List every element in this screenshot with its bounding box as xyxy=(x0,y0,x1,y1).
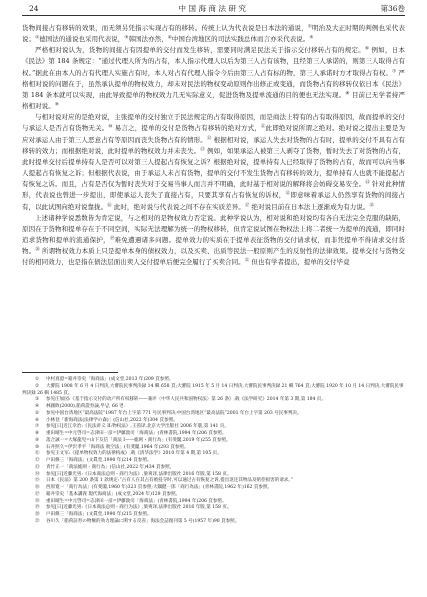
header-rule xyxy=(22,15,405,16)
body-paragraph: 与相对说对应的是绝对说，主张提单的交付独立于民法规定的占有取得原因，而是商法上特… xyxy=(22,112,405,212)
footnote-number: ⑳ xyxy=(35,512,46,519)
footnote-text: 参见[日]近江幸治:《民法讲义 II:物权法》,王茵译,北京大学出版社 2006… xyxy=(46,424,229,429)
footnote-text: 戸田修三「海商法」(文眞堂,1990 年)215 頁参照。 xyxy=(46,512,151,517)
footnote-number: ⑲ xyxy=(35,505,46,512)
footnote-item: ⑲参见[日]近藤光男:《日本商法总则・商行为法》,梁爽译,法律出版社 2016 … xyxy=(22,505,405,512)
body-text: 货物间接占有移转的效果，而无须另凭指示实现占有的移转。传统上认为代表说是日本法的… xyxy=(22,23,405,268)
footnote-number: ㉑ xyxy=(35,519,46,526)
body-text-run: 易言之，提单的交付是货物占有移转的绝对方式， xyxy=(113,124,261,132)
footnote-number: ④ xyxy=(35,404,46,411)
footnote-separator xyxy=(22,372,118,373)
footnote-item: ②大審院 1908 年 6 月 4 日判決,大審院民事判決録 14 輯 658 … xyxy=(22,384,405,398)
body-paragraph: 货物间接占有移转的效果，而无须另凭指示实现占有的移转。传统上认为代表说是日本法的… xyxy=(22,23,405,45)
footnote-text: 谷川久「船荷証券の物権的効力理論に関する反省」海法会誌復刊第 5 号(1957 … xyxy=(46,519,239,524)
footnote-number: ⑦ xyxy=(35,424,46,431)
footnote-item: ㉑谷川久「船荷証券の物権的効力理論に関する反省」海法会誌復刊第 5 号(1957… xyxy=(22,519,405,526)
footnote-text: 参见中国台湾地区“最高法院”1987 年台上字第 771 号民事判决;中国台湾地… xyxy=(46,411,302,416)
footnote-item: ⑯西原寛一「商行為法」(有斐閣,1960 年)323 頁参照;大隅健一郎「商行為… xyxy=(22,485,405,492)
footnote-item: ⑨落合誠一=大塚龍児=山下友信「商法 I——総則・商行為」(有斐閣,2019 年… xyxy=(22,438,405,445)
body-text-run: 绝对说目前在日本法上逐渐成为有力说。 xyxy=(249,203,369,211)
footnote-item: ⑬青竹正一「商法総則・商行為」(信山社,2022 年)434 頁参照。 xyxy=(22,465,405,472)
footnote-number: ⑯ xyxy=(35,485,46,492)
footnote-text: 林國敗(2000),船荷證券論,무남, 66 면. xyxy=(46,404,125,409)
footnote-item: ⑳戸田修三「海商法」(文眞堂,1990 年)215 頁参照。 xyxy=(22,512,405,519)
footnote-marker[interactable]: ⑤ xyxy=(309,36,313,41)
footnote-text: 参见王文军:《提单物权效力的法律构成》,载《清华法学》2010 年第 4 期,第… xyxy=(46,451,222,456)
body-text-run: 此时，绝对说与代表说之间不存在实质差异。 xyxy=(112,203,245,211)
footnote-number: ⑰ xyxy=(35,492,46,499)
footnote-number: ⑧ xyxy=(35,431,46,438)
footnote-text: 戸田修三「海商法」(文眞堂,1990 年)214 頁参照。 xyxy=(46,458,151,463)
footnote-text: 落合誠一=大塚龍児=山下友信「商法 I——総則・商行為」(有斐閣,2019 年)… xyxy=(46,438,231,443)
footnote-text: 大審院 1908 年 6 月 4 日判決,大審院民事判決録 14 輯 658 頁… xyxy=(22,384,403,396)
footnote-text: 日本《民法》第 200 条第 1 款规定:“占有人在其占有被侵夺时,可以通过占有… xyxy=(46,478,293,483)
footnote-number: ⑬ xyxy=(35,465,46,472)
footnote-text: 重田晴生=中元啓司=志津田一彦=伊藤敦司「海商法」(青林書院,1994 年)20… xyxy=(46,499,227,504)
footnote-text: 小林登「新海商法(法律学の森)」(信山社,2022 年)304 頁参照。 xyxy=(46,418,178,423)
journal-title: 中国海商法研究 xyxy=(22,3,405,15)
body-text-run: 严格相对说认为，货物的间接占有因提单的交付而发生移转，需要同时满足民法关于指示交… xyxy=(35,46,365,54)
footnotes: ①中村真澄=箱井崇史「海商法」(成文堂,2013 年)209 頁参照。②大審院 … xyxy=(22,377,405,526)
footnote-item: ⑦参见[日]近江幸治:《民法讲义 II:物权法》,王茵译,北京大学出版社 200… xyxy=(22,424,405,431)
footnote-number: ⑨ xyxy=(35,438,46,445)
footnote-text: 参见[日]近藤光男:《日本商法总则・商行为法》,梁爽译,法律出版社 2016 年… xyxy=(46,472,232,477)
footnote-item: ⑰箱井崇史「基本講義 現代海商法」(成文堂,2024 年)129 頁参照。 xyxy=(22,492,405,499)
footnote-text: 石井照久=伊沢孝平「海商法 航空法」(有斐閣,1964 年)293 頁参照。 xyxy=(46,445,189,450)
footnote-item: ①中村真澄=箱井崇史「海商法」(成文堂,2013 年)209 頁参照。 xyxy=(22,377,405,384)
body-paragraph: 严格相对说认为，货物的间接占有因提单的交付而发生移转，需要同时满足民法关于指示交… xyxy=(22,45,405,112)
body-text-run: 货物间接占有移转的效果，而无须另凭指示实现占有的移转。传统上认为代表说是日本法的… xyxy=(22,24,308,32)
body-text-run: 但也有学者提出，提单的交付毕竟 xyxy=(249,258,349,266)
footnote-number: ⑮ xyxy=(35,478,46,485)
footnote-number: ⑫ xyxy=(35,458,46,465)
body-text-run: 德国法的通说也采用代表说， xyxy=(39,35,124,43)
footnote-text: 箱井崇史「基本講義 現代海商法」(成文堂,2024 年)129 頁参照。 xyxy=(46,492,180,497)
footnote-number: ⑪ xyxy=(35,451,46,458)
footnote-text: 重田晴生=中元啓司=志津田一彦=伊藤敦司「海商法」(青林書院,1994 年)20… xyxy=(46,431,227,436)
footnote-item: ⑧重田晴生=中元啓司=志津田一彦=伊藤敦司「海商法」(青林書院,1994 年)2… xyxy=(22,431,405,438)
footnote-marker[interactable]: ⑨ xyxy=(55,103,59,108)
body-paragraph: 上述诸种学说悉数皆为肯定说，与之相对的是物权效力否定说。此种学说认为，相对说和绝… xyxy=(22,213,405,269)
footnote-number: ① xyxy=(35,377,46,384)
footnote-marker[interactable]: ⑱ xyxy=(369,203,374,208)
body-text-run: 中国台湾地区的司法实践总体而言亦采代表说。 xyxy=(172,35,310,43)
volume-label: 第36卷 xyxy=(380,3,405,15)
footnote-number: ② xyxy=(35,384,46,391)
footnote-item: ③参见庄加园:《基于指示交付的动产所有权移转——兼评〈中华人民共和国物权法〉第 … xyxy=(22,397,405,404)
footnote-item: ⑤参见中国台湾地区“最高法院”1987 年台上字第 771 号民事判决;中国台湾… xyxy=(22,411,405,418)
running-header: 24 中国海商法研究 第36卷 xyxy=(22,3,405,15)
footnote-item: ⑫戸田修三「海商法」(文眞堂,1990 年)214 頁参照。 xyxy=(22,458,405,465)
footnote-number: ③ xyxy=(35,397,46,404)
footnote-item: ④林國敗(2000),船荷證券論,무남, 66 면. xyxy=(22,404,405,411)
footnote-item: ⑮日本《民法》第 200 条第 1 款规定:“占有人在其占有被侵夺时,可以通过占… xyxy=(22,478,405,485)
footnote-text: 西原寛一「商行為法」(有斐閣,1960 年)323 頁参照;大隅健一郎「商行為法… xyxy=(46,485,272,490)
footnote-text: 参见庄加园:《基于指示交付的动产所有权移转——兼评〈中华人民共和国物权法〉第 2… xyxy=(46,397,326,402)
footnote-text: 青竹正一「商法総則・商行為」(信山社,2022 年)434 頁参照。 xyxy=(46,465,174,470)
body-text-run: 韩国法亦然， xyxy=(128,35,167,43)
footnote-item: ⑪参见王文军:《提单物权效力的法律构成》,载《清华法学》2010 年第 4 期,… xyxy=(22,451,405,458)
footnote-number: ⑤ xyxy=(35,411,46,418)
footnote-text: 参见[日]近藤光男:《日本商法总则・商行为法》,梁爽译,法律出版社 2016 年… xyxy=(46,505,232,510)
footnote-text: 中村真澄=箱井崇史「海商法」(成文堂,2013 年)209 頁参照。 xyxy=(46,377,173,382)
